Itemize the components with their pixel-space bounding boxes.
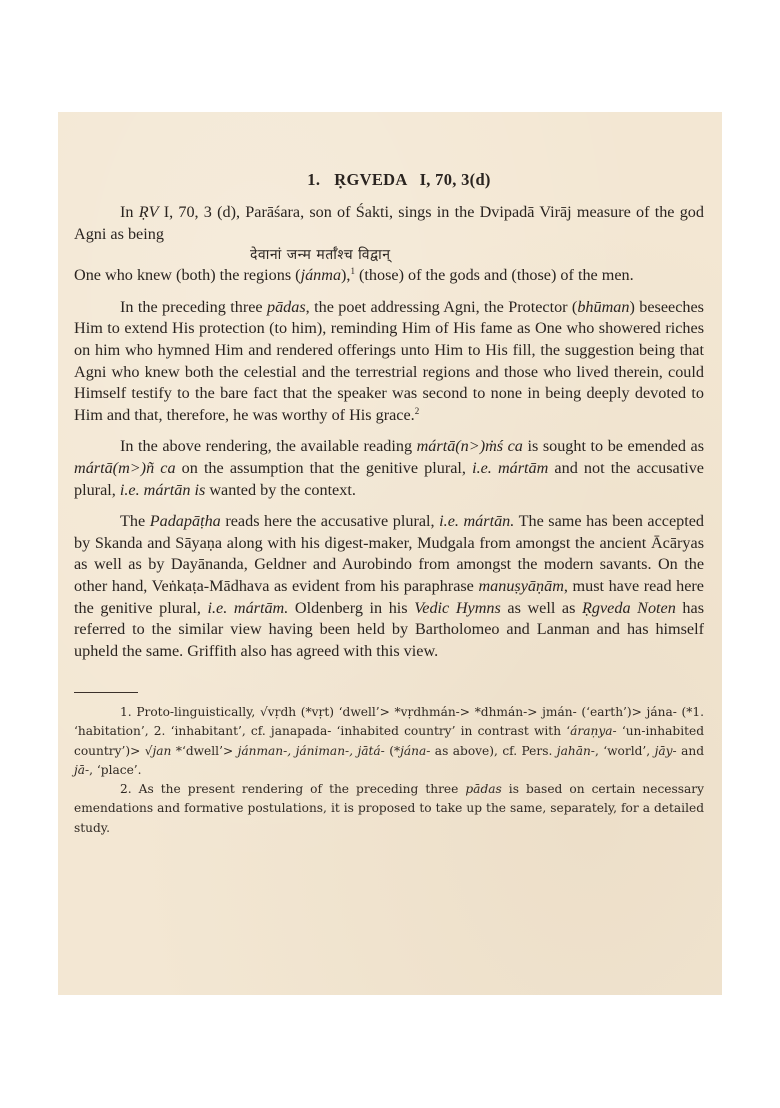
- footnote-separator-rule: [74, 692, 138, 693]
- text-run: In: [120, 203, 139, 221]
- text-run: , ‘place’.: [89, 763, 141, 777]
- paragraph-preceding-padas: In the preceding three pādas, the poet a…: [74, 297, 704, 427]
- text-run: (those) of the gods and (those) of the m…: [355, 266, 634, 284]
- text-run: ) beseeches Him to extend His protection…: [74, 298, 704, 424]
- text-run: , ‘world’,: [595, 744, 655, 758]
- text-run: Oldenberg in his: [288, 599, 414, 617]
- text-run: and: [677, 744, 704, 758]
- paragraph-gap: [74, 287, 704, 297]
- italic-term: jánman-, jániman-, jātá-: [238, 744, 385, 758]
- italic-term: áraṇya-: [570, 724, 616, 738]
- paragraph-translation: One who knew (both) the regions (jánma),…: [74, 265, 704, 287]
- italic-term: jána-: [400, 744, 430, 758]
- italic-term: mártā(m>)ñ ca: [74, 459, 176, 477]
- italic-term: pādas: [465, 782, 501, 796]
- italic-term: jā-: [74, 763, 89, 777]
- section-number: 1.: [307, 170, 320, 189]
- text-run: , the poet addressing Agni, the Protecto…: [306, 298, 578, 316]
- italic-term: jánma: [301, 266, 341, 284]
- italic-title: Vedic Hymns: [414, 599, 501, 617]
- text-run: (*: [385, 744, 400, 758]
- section-reference: I, 70, 3(d): [420, 170, 491, 189]
- paragraph-gap: [74, 426, 704, 436]
- italic-term: jāy-: [655, 744, 677, 758]
- italic-term: bhūman: [577, 298, 629, 316]
- text-run: As the present rendering of the precedin…: [132, 782, 466, 796]
- text-run: The: [120, 512, 150, 530]
- italic-term: i.e. mártām: [472, 459, 548, 477]
- text-run: on the assumption that the genitive plur…: [176, 459, 473, 477]
- text-run: as above), cf. Pers.: [430, 744, 556, 758]
- footnote-1: 1. Proto-linguistically, √vṛdh (*vṛt) ‘d…: [74, 703, 704, 780]
- italic-term: i.e. mártān is: [120, 481, 205, 499]
- text-run: In the preceding three: [120, 298, 267, 316]
- text-run: In the above rendering, the available re…: [120, 437, 417, 455]
- paragraph-intro: In ṚV I, 70, 3 (d), Parāśara, son of Śak…: [74, 202, 704, 245]
- italic-term: jan: [153, 744, 172, 758]
- text-run: wanted by the context.: [205, 481, 356, 499]
- italic-term: i.e. mártām.: [208, 599, 289, 617]
- section-heading: 1.ṚGVEDAI, 70, 3(d): [74, 170, 704, 190]
- section-title: ṚGVEDA: [334, 170, 407, 189]
- italic-term: Padapāṭha: [150, 512, 221, 530]
- italic-title: Ṛgveda Noten: [582, 599, 676, 617]
- rv-abbreviation: ṚV: [139, 203, 159, 221]
- italic-term: jahān-: [557, 744, 595, 758]
- footnote-2: 2. As the present rendering of the prece…: [74, 780, 704, 838]
- text-run: *‘dwell’>: [171, 744, 237, 758]
- page-text-block: 1.ṚGVEDAI, 70, 3(d) In ṚV I, 70, 3 (d), …: [74, 170, 704, 838]
- italic-term: pādas: [267, 298, 306, 316]
- text-run: reads here the accusative plural,: [221, 512, 439, 530]
- text-run: I, 70, 3 (d), Parāśara, son of Śakti, si…: [74, 203, 704, 243]
- paragraph-gap: [74, 501, 704, 511]
- italic-term: manuṣyāṇām: [478, 577, 563, 595]
- devanagari-verse: देवानां जन्म मर्ताँश्च विद्वान्: [74, 245, 704, 265]
- footnote-number: 2.: [120, 782, 132, 796]
- italic-term: i.e. mártān.: [439, 512, 514, 530]
- italic-term: mártā(n>)ṁś ca: [417, 437, 523, 455]
- paragraph-padapatha: The Padapāṭha reads here the accusative …: [74, 511, 704, 662]
- footnote-number: 1.: [120, 705, 132, 719]
- text-run: as well as: [501, 599, 582, 617]
- text-run: is sought to be emended as: [523, 437, 704, 455]
- paragraph-emendation: In the above rendering, the available re…: [74, 436, 704, 501]
- scanned-book-page: 1.ṚGVEDAI, 70, 3(d) In ṚV I, 70, 3 (d), …: [58, 112, 722, 995]
- footnote-ref-2[interactable]: 2: [415, 406, 420, 416]
- text-run: One who knew (both) the regions (: [74, 266, 301, 284]
